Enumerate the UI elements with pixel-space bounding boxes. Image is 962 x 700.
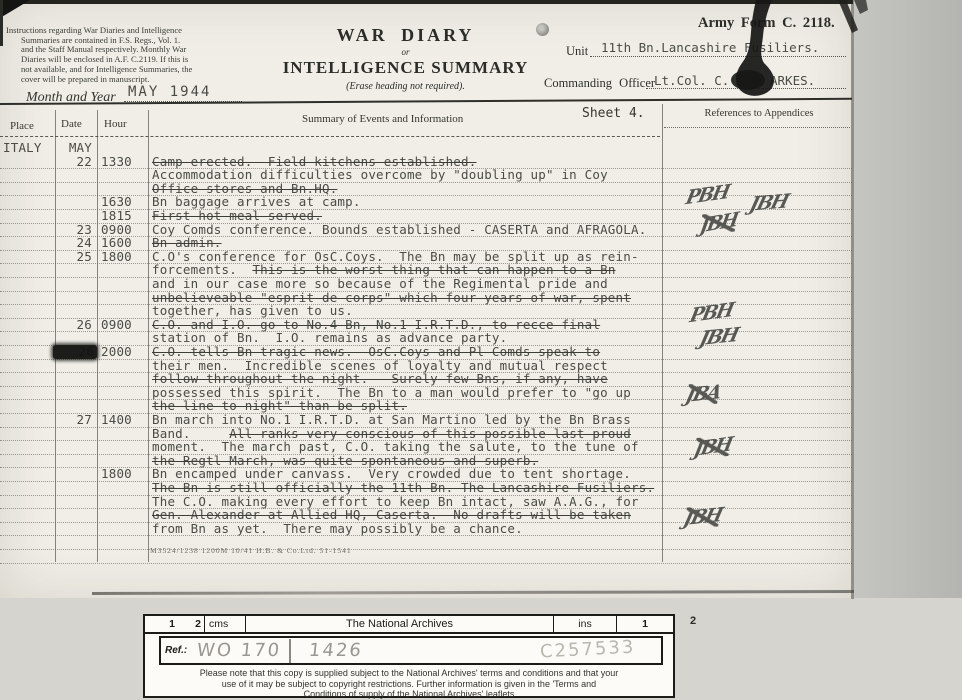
table-row bbox=[0, 549, 852, 564]
header-summary: Summary of Events and Information bbox=[302, 113, 463, 125]
title-note: (Erase heading not required). bbox=[278, 81, 533, 92]
summary-line: forcements. This is the worst thing that… bbox=[152, 263, 616, 277]
place-cell: ITALY bbox=[3, 141, 42, 155]
handwritten-initials: JBH bbox=[747, 190, 790, 216]
table-row: from Bn as yet. There may possibly be a … bbox=[0, 522, 852, 537]
summary-line: moment. The march past, C.O. taking the … bbox=[152, 440, 639, 454]
column-header-rule bbox=[0, 136, 660, 137]
instructions-line: cover will be prepared in manuscript. bbox=[21, 75, 292, 85]
ref-series-handwritten: WO 170 bbox=[196, 640, 282, 661]
archive-ruler: 1 2 cms The National Archives ins 1 bbox=[145, 616, 673, 634]
summary-line: C.O. and I.O. go to No.4 Bn, No.1 I.R.T.… bbox=[152, 318, 600, 332]
summary-line: Bn encamped under canvass. Very crowded … bbox=[152, 467, 631, 481]
summary-line: together, has given to us. bbox=[152, 304, 353, 318]
summary-line: Gen. Alexander at Allied HQ, Caserta. No… bbox=[152, 508, 631, 522]
reference-box: Ref.: WO 170 1426 C257533 bbox=[159, 636, 663, 665]
date-cell: 23 bbox=[53, 223, 97, 237]
ref-divider bbox=[289, 639, 291, 663]
hour-cell: 1815 bbox=[101, 209, 132, 223]
table-row: possessed this spirit. The Bn to a man w… bbox=[0, 386, 852, 401]
title-war-diary: WAR DIARY bbox=[278, 25, 533, 46]
date-cell: 26 bbox=[53, 318, 97, 332]
references-header-rule bbox=[664, 127, 850, 128]
summary-line: The C.O. making every effort to keep Bn … bbox=[152, 495, 639, 509]
handwritten-initials: JBH bbox=[697, 324, 739, 351]
summary-line: Bn march into No.1 I.R.T.D. at San Marti… bbox=[152, 413, 631, 427]
date-cell-obliterated: 26 bbox=[53, 345, 97, 359]
sheet-number: Sheet 4. bbox=[582, 106, 645, 121]
hour-cell: 1800 bbox=[101, 250, 132, 264]
date-cell: 22 bbox=[53, 155, 97, 169]
header-hour: Hour bbox=[104, 118, 127, 130]
summary-line: and in our case more so because of the R… bbox=[152, 277, 608, 291]
hour-cell: 2000 bbox=[101, 345, 132, 359]
terms-line: Please note that this copy is supplied s… bbox=[145, 668, 673, 679]
national-archives-strip: 1 2 cms The National Archives ins 1 Ref.… bbox=[143, 614, 675, 698]
header-date: Date bbox=[61, 118, 82, 130]
handwritten-initials: JBA bbox=[683, 381, 722, 407]
hour-cell: 0900 bbox=[101, 223, 132, 237]
commanding-officer-label: Commanding Officer bbox=[544, 76, 655, 91]
ref-piece-handwritten: 1426 bbox=[308, 640, 364, 661]
date-cell: 24 bbox=[53, 236, 97, 250]
date-cell: MAY bbox=[53, 141, 97, 155]
summary-line: unbelieveable "esprit de corps" which fo… bbox=[152, 291, 631, 305]
unit-label: Unit bbox=[566, 44, 588, 59]
summary-line: First hot meal served. bbox=[152, 209, 322, 223]
ink-blot bbox=[688, 0, 868, 125]
ruler-cms-label: cms bbox=[205, 616, 245, 632]
summary-line: Coy Comds conference. Bounds established… bbox=[152, 223, 646, 237]
scanned-war-diary-page: Instructions regarding War Diaries and I… bbox=[0, 0, 962, 700]
form-title: WAR DIARY or INTELLIGENCE SUMMARY (Erase… bbox=[278, 25, 533, 92]
hour-cell: 1630 bbox=[101, 195, 132, 209]
punch-hole-mark bbox=[536, 23, 549, 36]
terms-text: Please note that this copy is supplied s… bbox=[145, 668, 673, 700]
form-instructions: Instructions regarding War Diaries and I… bbox=[6, 26, 292, 84]
ref-label: Ref.: bbox=[161, 645, 187, 656]
table-row bbox=[0, 535, 852, 550]
handwritten-initials: JBH bbox=[681, 504, 723, 531]
catalogue-number-handwritten: C257533 bbox=[539, 637, 635, 663]
summary-line: Accommodation difficulties overcome by "… bbox=[152, 168, 608, 182]
terms-line: use of it may be subject to copyright re… bbox=[145, 679, 673, 690]
title-intelligence-summary: INTELLIGENCE SUMMARY bbox=[278, 58, 533, 78]
summary-line: The Bn is still officially the 11th Bn. … bbox=[152, 481, 654, 495]
summary-line: the line to-night" than be split. bbox=[152, 399, 407, 413]
hour-cell: 0900 bbox=[101, 318, 132, 332]
terms-line: Conditions of supply of the National Arc… bbox=[145, 689, 673, 700]
diary-rows: ITALYMAY221330Camp erected. Field kitche… bbox=[0, 141, 852, 571]
hour-cell: 1600 bbox=[101, 236, 132, 250]
header-place: Place bbox=[10, 120, 34, 132]
summary-line: the Regtl March, was quite spontaneous a… bbox=[152, 454, 538, 468]
left-edge-shadow bbox=[0, 0, 3, 46]
archives-title: The National Archives bbox=[245, 616, 554, 632]
month-year-value: MAY 1944 bbox=[128, 84, 211, 100]
hour-cell: 1400 bbox=[101, 413, 132, 427]
hour-cell: 1330 bbox=[101, 155, 132, 169]
title-or: or bbox=[278, 47, 533, 57]
summary-line: Camp erected. Field kitchens established… bbox=[152, 155, 476, 169]
summary-line: Band. All ranks very conscious of this p… bbox=[152, 427, 631, 441]
summary-line: their men. Incredible scenes of loyalty … bbox=[152, 359, 608, 373]
ruler-cm-2: 2 bbox=[175, 616, 205, 632]
summary-line: follow throughout the night. Surely few … bbox=[152, 372, 608, 386]
summary-line: station of Bn. I.O. remains as advance p… bbox=[152, 331, 507, 345]
ruler-cm-1: 1 bbox=[145, 616, 175, 632]
summary-line: from Bn as yet. There may possibly be a … bbox=[152, 522, 523, 536]
date-cell: 25 bbox=[53, 250, 97, 264]
ruler-ins-label: ins bbox=[554, 616, 617, 632]
summary-line: Bn baggage arrives at camp. bbox=[152, 195, 361, 209]
printer-imprint: M3524/1238 1200M 10/41 H.B. & Co.Ltd. 51… bbox=[150, 546, 352, 555]
date-cell: 27 bbox=[53, 413, 97, 427]
summary-line: Bn admin. bbox=[152, 236, 222, 250]
table-row: ITALYMAY bbox=[0, 141, 852, 155]
summary-line: Office stores and Bn.HQ. bbox=[152, 182, 337, 196]
summary-line: C.O. tells Bn tragic news. OsC.Coys and … bbox=[152, 345, 600, 359]
summary-line: possessed this spirit. The Bn to a man w… bbox=[152, 386, 631, 400]
summary-line: C.O's conference for OsC.Coys. The Bn ma… bbox=[152, 250, 639, 264]
corner-shadow bbox=[0, 0, 30, 18]
ruler-in-1: 1 bbox=[617, 616, 673, 632]
ruler-in-2: 2 bbox=[690, 615, 696, 627]
hour-cell: 1800 bbox=[101, 467, 132, 481]
